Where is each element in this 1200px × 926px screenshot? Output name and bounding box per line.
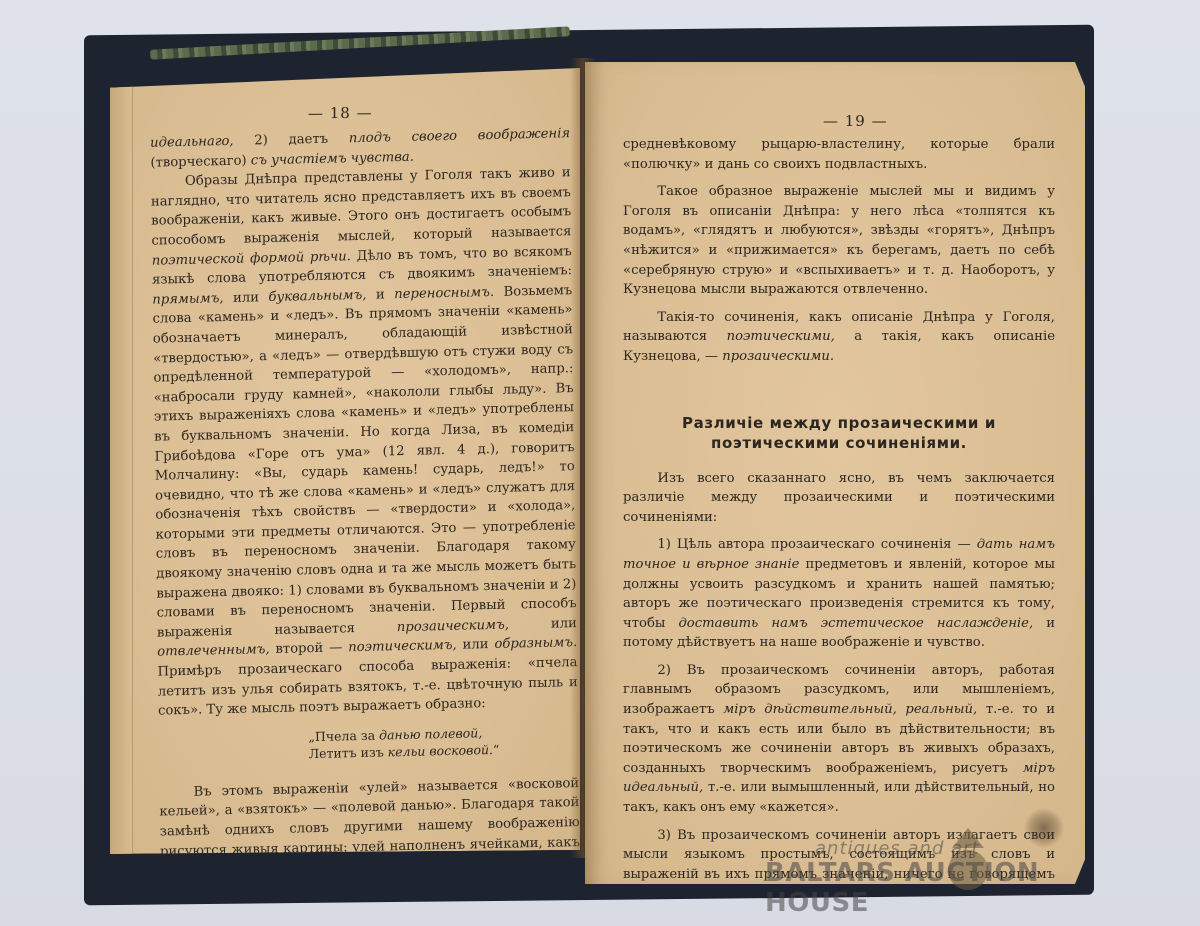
page-edge-stack — [110, 72, 133, 854]
right-page-body: средневѣковому рыцарю-властелину, которы… — [623, 135, 1055, 926]
poem-quote: „Пчела за данью полевой,Летитъ изъ кельи… — [308, 722, 578, 762]
paragraphs: Изъ всего сказаннаго ясно, въ чемъ заклю… — [623, 469, 1055, 904]
left-page: — 18 — идеальнаго, 2) даетъ плодъ своего… — [110, 68, 580, 854]
paragraph: Образы Днѣпра представлены у Гоголя такъ… — [151, 163, 579, 721]
right-page: — 19 — средневѣковому рыцарю-властелину,… — [585, 62, 1085, 884]
paragraphs: идеальнаго, 2) даетъ плодъ своего вообра… — [150, 124, 578, 721]
paragraph: 2) Въ прозаическомъ сочиненіи авторъ, ра… — [623, 661, 1055, 818]
left-page-body: идеальнаго, 2) даетъ плодъ своего вообра… — [150, 124, 581, 920]
paragraphs: средневѣковому рыцарю-властелину, которы… — [623, 135, 1055, 367]
ink-stain — [1023, 808, 1065, 848]
paragraph: Такое образное выраженіе мыслей мы и вид… — [623, 182, 1055, 300]
paragraph: Изъ всего сказаннаго ясно, въ чемъ заклю… — [623, 469, 1055, 528]
page-number: — 18 — — [308, 104, 373, 123]
signature-mark: 2* — [623, 906, 1005, 926]
page-number: — 19 — — [823, 112, 888, 130]
paragraph: средневѣковому рыцарю-властелину, которы… — [623, 135, 1055, 174]
paragraph: 1) Цѣль автора прозаическаго сочиненія —… — [623, 535, 1055, 653]
paragraph: Такія-то сочиненія, какъ описаніе Днѣпра… — [623, 308, 1055, 367]
section-heading: Различіе между прозаическими и поэтическ… — [623, 413, 1055, 453]
